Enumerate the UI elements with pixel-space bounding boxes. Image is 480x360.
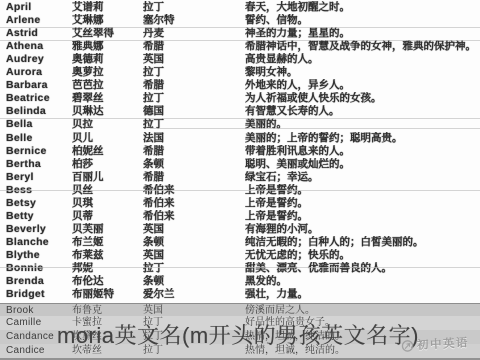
english-name-cell: Arlene <box>6 14 70 27</box>
english-name-cell: Beverly <box>6 223 70 236</box>
chinese-name-cell: 贝拉 <box>72 118 141 131</box>
english-name-cell: Audrey <box>6 53 70 66</box>
origin-cell: 拉丁 <box>143 262 243 275</box>
meaning-cell: 春天，大地初醒之时。 <box>245 1 478 14</box>
english-name-cell: Beryl <box>6 171 70 184</box>
meaning-cell: 无忧无虑的；快乐的。 <box>245 249 478 262</box>
row-divider-line <box>0 267 480 268</box>
chinese-name-cell: 贝芙丽 <box>72 223 141 236</box>
origin-cell: 拉丁 <box>143 1 243 14</box>
origin-cell: 拉丁 <box>143 118 243 131</box>
meaning-cell: 带着胜利讯息来的人。 <box>245 145 478 158</box>
table-row: Athena雅典娜希腊希腊神话中，智慧及战争的女神，雅典的保护神。 <box>0 40 480 53</box>
english-name-cell: Brenda <box>6 275 70 288</box>
table-row: Brook布鲁克英国傍溪而居之人。 <box>0 303 480 318</box>
english-name-cell: Bonnie <box>6 262 70 275</box>
english-name-cell: Blythe <box>6 249 70 262</box>
meaning-cell: 美丽的；上帝的誓约；聪明高贵。 <box>245 132 478 145</box>
chinese-name-cell: 邦妮 <box>72 262 141 275</box>
meaning-cell: 甜美、漂亮、优雅而善良的人。 <box>245 262 478 275</box>
chinese-name-cell: 柏莎 <box>72 158 141 171</box>
table-row: Bonnie邦妮拉丁甜美、漂亮、优雅而善良的人。 <box>0 262 480 275</box>
chinese-name-cell: 贝蒂 <box>72 210 141 223</box>
english-name-cell: Athena <box>6 40 70 53</box>
english-name-cell: Blanche <box>6 236 70 249</box>
origin-cell: 希伯来 <box>143 197 243 210</box>
meaning-cell: 纯洁无暇的；白种人的；白皙美丽的。 <box>245 236 478 249</box>
table-row: Bella贝拉拉丁美丽的。 <box>0 118 480 131</box>
meaning-cell: 神圣的力量；星星的。 <box>245 27 478 40</box>
meaning-cell: 黎明女神。 <box>245 66 478 79</box>
origin-cell: 英国 <box>143 304 243 318</box>
chinese-name-cell: 艾丝翠得 <box>72 27 141 40</box>
meaning-cell: 外地来的人，异乡人。 <box>245 79 478 92</box>
table-row: Brenda布伦达条顿黑发的。 <box>0 275 480 288</box>
origin-cell: 德国 <box>143 105 243 118</box>
origin-cell: 希腊 <box>143 40 243 53</box>
table-row: Bridget布丽姬特爱尔兰强壮，力量。 <box>0 288 480 301</box>
origin-cell: 条顿 <box>143 275 243 288</box>
chinese-name-cell: 贝琳达 <box>72 105 141 118</box>
table-row: Blanche布兰姬条顿纯洁无暇的；白种人的；白皙美丽的。 <box>0 236 480 249</box>
meaning-cell: 誓约、信物。 <box>245 14 478 27</box>
row-divider-line <box>0 40 480 41</box>
chinese-name-cell: 贝儿 <box>72 132 141 145</box>
chinese-name-cell: 奥萝拉 <box>72 66 141 79</box>
row-divider-line <box>0 190 480 191</box>
meaning-cell: 强壮，力量。 <box>245 288 478 301</box>
origin-cell: 塞尔特 <box>143 14 243 27</box>
table-row: Betty贝蒂希伯来上帝是誓约。 <box>0 210 480 223</box>
meaning-cell: 美丽的。 <box>245 118 478 131</box>
english-name-cell: Bertha <box>6 158 70 171</box>
origin-cell: 条顿 <box>143 158 243 171</box>
meaning-cell: 希腊神话中，智慧及战争的女神，雅典的保护神。 <box>245 40 478 53</box>
origin-cell: 丹麦 <box>143 27 243 40</box>
name-table-screenshot: April艾谱莉拉丁春天，大地初醒之时。Arlene艾琳娜塞尔特誓约、信物。As… <box>0 0 480 360</box>
chinese-name-cell: 芭芭拉 <box>72 79 141 92</box>
chinese-name-cell: 布丽姬特 <box>72 288 141 301</box>
english-name-cell: Betty <box>6 210 70 223</box>
table-row: Beverly贝芙丽英国有海狸的小河。 <box>0 223 480 236</box>
table-row: Blythe布莱兹英国无忧无虑的；快乐的。 <box>0 249 480 262</box>
meaning-cell: 有海狸的小河。 <box>245 223 478 236</box>
meaning-cell: 上帝是誓约。 <box>245 197 478 210</box>
chinese-name-cell: 柏妮丝 <box>72 145 141 158</box>
english-name-cell: Bridget <box>6 288 70 301</box>
origin-cell: 拉丁 <box>143 92 243 105</box>
english-name-cell: April <box>6 1 70 14</box>
meaning-cell: 绿宝石；幸运。 <box>245 171 478 184</box>
table-row: Beryl百丽儿希腊绿宝石；幸运。 <box>0 171 480 184</box>
chinese-name-cell: 布伦达 <box>72 275 141 288</box>
compass-logo-icon <box>401 339 415 353</box>
english-name-cell: Betsy <box>6 197 70 210</box>
table-row: Beatrice碧翠丝拉丁为人祈福或使人快乐的女孩。 <box>0 92 480 105</box>
chinese-name-cell: 布莱兹 <box>72 249 141 262</box>
english-name-cell: Barbara <box>6 79 70 92</box>
table-row: Betsy贝琪希伯来上帝是誓约。 <box>0 197 480 210</box>
page-title: moria英文名(m开头的男孩英文名字) <box>57 323 419 349</box>
origin-cell: 希腊 <box>143 79 243 92</box>
origin-cell: 希伯来 <box>143 210 243 223</box>
chinese-name-cell: 奥德莉 <box>72 53 141 66</box>
meaning-cell: 高贵显赫的人。 <box>245 53 478 66</box>
english-name-cell: Belinda <box>6 105 70 118</box>
table-row: Barbara芭芭拉希腊外地来的人，异乡人。 <box>0 79 480 92</box>
chinese-name-cell: 布鲁克 <box>72 304 141 318</box>
table-row: Bernice柏妮丝希腊带着胜利讯息来的人。 <box>0 145 480 158</box>
meaning-cell: 上帝是誓约。 <box>245 210 478 223</box>
chinese-name-cell: 布兰姬 <box>72 236 141 249</box>
chinese-name-cell: 碧翠丝 <box>72 92 141 105</box>
chinese-name-cell: 贝琪 <box>72 197 141 210</box>
origin-cell: 法国 <box>143 132 243 145</box>
chinese-name-cell: 艾谱莉 <box>72 1 141 14</box>
table-row: Arlene艾琳娜塞尔特誓约、信物。 <box>0 14 480 27</box>
origin-cell: 希腊 <box>143 145 243 158</box>
origin-cell: 英国 <box>143 223 243 236</box>
english-name-cell: Brook <box>6 304 70 318</box>
table-row: Astrid艾丝翠得丹麦神圣的力量；星星的。 <box>0 27 480 40</box>
chinese-name-cell: 雅典娜 <box>72 40 141 53</box>
table-row: Bertha柏莎条顿聪明、美丽或灿烂的。 <box>0 158 480 171</box>
table-row: Belle贝儿法国美丽的；上帝的誓约；聪明高贵。 <box>0 132 480 145</box>
meaning-cell: 聪明、美丽或灿烂的。 <box>245 158 478 171</box>
english-name-cell: Belle <box>6 132 70 145</box>
chinese-name-cell: 艾琳娜 <box>72 14 141 27</box>
origin-cell: 条顿 <box>143 236 243 249</box>
english-name-cell: Astrid <box>6 27 70 40</box>
origin-cell: 英国 <box>143 53 243 66</box>
english-name-cell: Bella <box>6 118 70 131</box>
watermark-label: 初中英语 <box>417 334 470 353</box>
english-name-cell: Bernice <box>6 145 70 158</box>
meaning-cell: 傍溪而居之人。 <box>245 304 478 318</box>
origin-cell: 希腊 <box>143 171 243 184</box>
table-row: Belinda贝琳达德国有智慧又长寿的人。 <box>0 105 480 118</box>
row-divider-line <box>0 27 480 28</box>
row-divider-line <box>150 128 480 129</box>
table-row: Aurora奥萝拉拉丁黎明女神。 <box>0 66 480 79</box>
meaning-cell: 黑发的。 <box>245 275 478 288</box>
meaning-cell: 为人祈福或使人快乐的女孩。 <box>245 92 478 105</box>
chinese-name-cell: 百丽儿 <box>72 171 141 184</box>
row-divider-line <box>0 118 480 119</box>
english-name-cell: Beatrice <box>6 92 70 105</box>
table-row: Audrey奥德莉英国高贵显赫的人。 <box>0 53 480 66</box>
english-name-cell: Aurora <box>6 66 70 79</box>
origin-cell: 英国 <box>143 249 243 262</box>
meaning-cell: 有智慧又长寿的人。 <box>245 105 478 118</box>
origin-cell: 拉丁 <box>143 66 243 79</box>
table-row: April艾谱莉拉丁春天，大地初醒之时。 <box>0 1 480 14</box>
origin-cell: 爱尔兰 <box>143 288 243 301</box>
